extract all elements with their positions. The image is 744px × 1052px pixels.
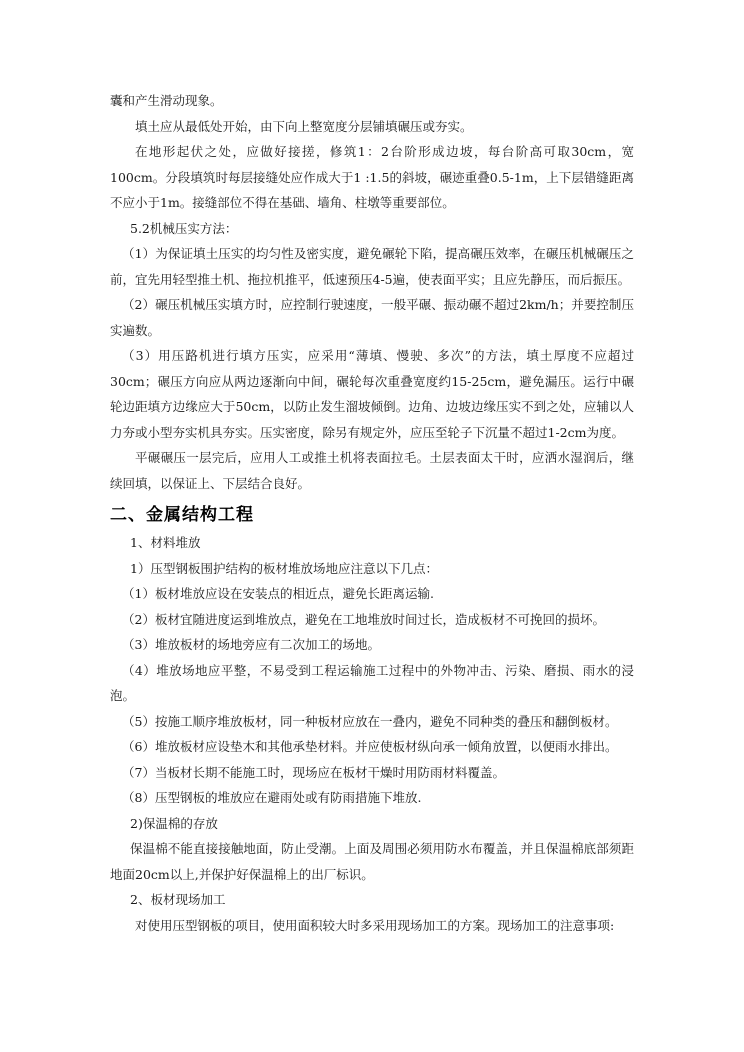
paragraph: 保温棉不能直接接触地面，防止受潮。上面及周围必须用防水布覆盖，并且保温棉底部须距…: [110, 836, 634, 887]
list-item: （1）板材堆放应设在安装点的相近点，避免长距离运输.: [110, 581, 634, 607]
paragraph: 对使用压型钢板的项目，使用面积较大时多采用现场加工的方案。现场加工的注意事项:: [110, 913, 634, 939]
paragraph: 填土应从最低处开始，由下向上整宽度分层铺填碾压或夯实。: [110, 114, 634, 140]
section-heading: 二、金属结构工程: [110, 500, 634, 530]
paragraph: 1）压型钢板围护结构的板材堆放场地应注意以下几点：: [110, 556, 634, 582]
list-item: （7）当板材长期不能施工时，现场应在板材干燥时用防雨材料覆盖。: [110, 760, 634, 786]
list-item: （3）用压路机进行填方压实，应采用“薄填、慢驶、多次”的方法，填土厚度不应超过3…: [110, 343, 634, 445]
paragraph: 在地形起伏之处，应做好接搓，修筑1：2台阶形成边坡，每台阶高可取30cm，宽10…: [110, 139, 634, 216]
list-item: （4）堆放场地应平整，不易受到工程运输施工过程中的外物冲击、污染、磨损、雨水的浸…: [110, 658, 634, 709]
subsection-title: 2、板材现场加工: [110, 887, 634, 913]
list-item: （3）堆放板材的场地旁应有二次加工的场地。: [110, 632, 634, 658]
subsection-title: 5.2机械压实方法：: [110, 216, 634, 242]
list-item: （2）碾压机械压实填方时，应控制行驶速度，一般平碾、振动碾不超过2km/h；并要…: [110, 292, 634, 343]
list-item: （8）压型钢板的堆放应在避雨处或有防雨措施下堆放.: [110, 785, 634, 811]
list-item: （2）板材宜随进度运到堆放点，避免在工地堆放时间过长，造成板材不可挽回的损坏。: [110, 607, 634, 633]
list-item: （5）按施工顺序堆放板材，同一种板材应放在一叠内，避免不同种类的叠压和翻倒板材。: [110, 709, 634, 735]
paragraph: 平碾碾压一层完后，应用人工或推土机将表面拉毛。土层表面太干时，应洒水湿润后，继续…: [110, 445, 634, 496]
subsection-title: 1、材料堆放: [110, 530, 634, 556]
subsection-title: 2)保温棉的存放: [110, 811, 634, 837]
list-item: （1）为保证填土压实的均匀性及密实度，避免碾轮下陷，提高碾压效率，在碾压机械碾压…: [110, 241, 634, 292]
paragraph: 囊和产生滑动现象。: [110, 88, 634, 114]
document-page: 囊和产生滑动现象。 填土应从最低处开始，由下向上整宽度分层铺填碾压或夯实。 在地…: [110, 88, 634, 938]
list-item: （6）堆放板材应设垫木和其他承垫材料。并应使板材纵向承一倾角放置，以便雨水排出。: [110, 734, 634, 760]
